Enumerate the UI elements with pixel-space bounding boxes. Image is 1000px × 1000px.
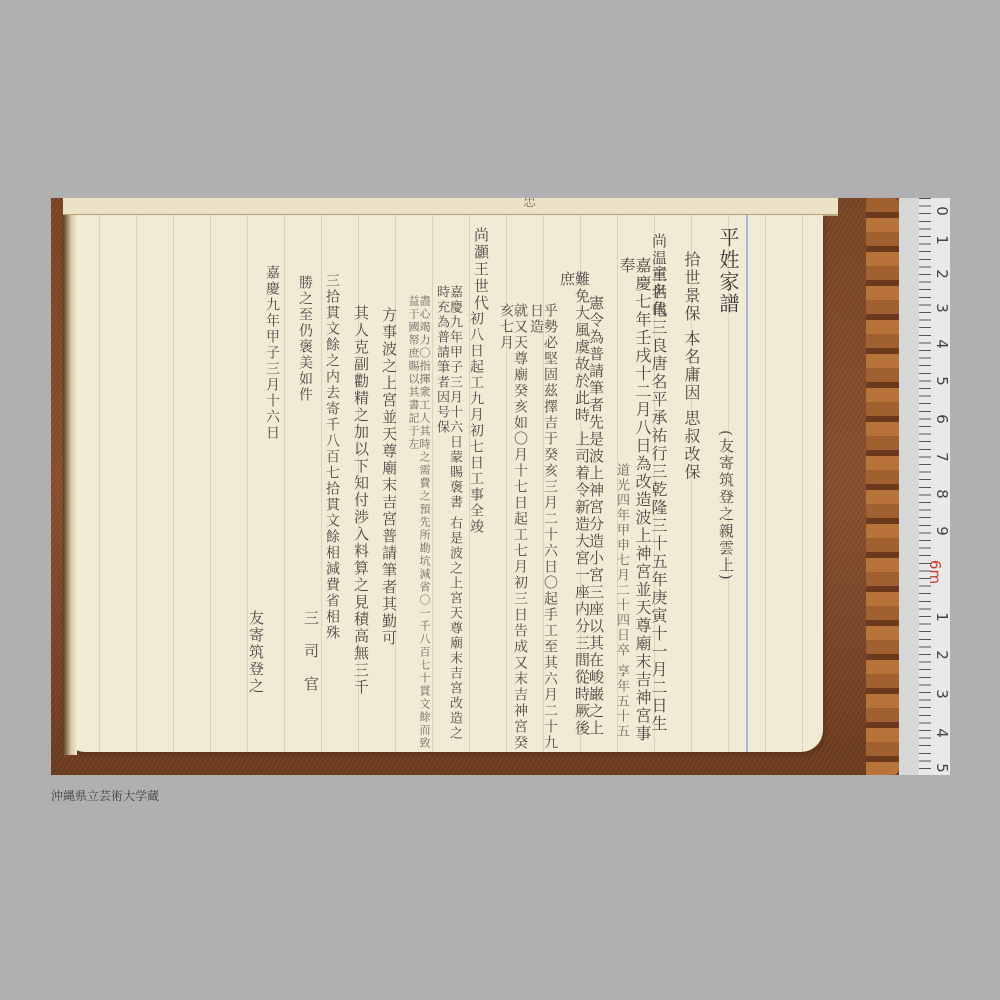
ruler-label: 6 <box>933 414 950 424</box>
text-column: 嘉慶七年壬戌十二月八日為改造波上神宮並天尊廟末吉神宮事奉 <box>618 257 650 752</box>
margin-line <box>746 215 748 752</box>
ruler-label: 0 <box>933 206 950 216</box>
measuring-ruler: 0 1 2 3 4 5 6 7 8 9 6m 1 2 3 4 5 <box>919 198 950 775</box>
collection-caption: 沖縄県立芸術大学蔵 <box>51 787 159 804</box>
text-column: 難免大風虞故於此時 上司着令新造大宮一座内分三間從時厥後庶 <box>559 271 589 752</box>
ruler-label: 7 <box>933 452 950 462</box>
ruler-label: 1 <box>933 612 950 622</box>
text-column: 其人克副勸精之加以下知付渉入料算之見積高無三千 <box>353 305 368 696</box>
text-column: 拾世景保 本名庸因 思叔改保 <box>683 251 699 481</box>
date-line: 嘉慶九年甲子三月十六日 <box>265 265 279 441</box>
ruler-label-unit: 6m <box>926 560 944 584</box>
ruler-label: 9 <box>933 526 950 536</box>
ruler-label: 4 <box>933 728 950 738</box>
ruler-label: 8 <box>933 489 950 499</box>
signatory-office: 三司官 <box>303 610 318 709</box>
reign-heading: 尚温王世代 <box>651 233 666 318</box>
manuscript-page: 平姓家譜 拾世景保 本名庸因 思叔改保 童名亀三良唐名平承祐行三乾隆三十五年庚寅… <box>63 215 823 752</box>
text-column: 嘉慶九年甲子三月十六日蒙賜褒書 右是波之上宮天尊廟末吉宮改造之時充為普請筆者因号… <box>435 285 461 752</box>
laced-binding <box>866 198 899 775</box>
text-column: 三拾貫文餘之内去寄千八百七拾貫文餘相減費省相殊 <box>325 273 339 641</box>
page-top-edge: 忠 <box>63 198 838 216</box>
ruler-label: 3 <box>933 303 950 313</box>
text-column: 就又天尊廟癸亥如〇月十七日起工七月初三日告成又末吉神宮癸亥七月 <box>499 303 527 752</box>
document-photo: 忠 平姓家譜 拾世景保 本名庸因 思叔改保 童名亀三良唐名平承祐行三乾隆三十五年… <box>51 198 950 775</box>
background-strip <box>899 198 919 775</box>
text-column: 勝之至仍褒美如件 <box>298 275 312 403</box>
text-column: 乎勢必堅固茲擇吉于癸亥三月二十六日〇起手工至其六月二十九日造 <box>529 303 557 752</box>
ruler-label: 2 <box>933 650 950 660</box>
ruler-label: 4 <box>933 339 950 349</box>
signatory-name: 友寄筑登之 <box>248 610 263 695</box>
text-column: 童名亀三良唐名平承祐行三乾隆三十五年庚寅十一月二日生 <box>650 265 666 733</box>
side-note: (友寄筑登之親雲上) <box>718 430 733 582</box>
text-column: 初八日起工九月初七日工事全竣 <box>469 311 483 535</box>
text-column: 盡心竭力〇指揮衆工人其時之需費之預先所勘坑減省〇一千八百七十貫文餘而致益于國帑庶… <box>408 295 430 752</box>
document-title: 平姓家譜 <box>718 227 738 315</box>
ruler-label: 3 <box>933 689 950 699</box>
ruler-label: 2 <box>933 269 950 279</box>
ruler-label: 1 <box>933 235 950 245</box>
ruler-label: 5 <box>933 376 950 386</box>
header-note: 忠 <box>523 198 538 209</box>
reign-heading: 尚灝王世代 <box>473 227 488 312</box>
ruler-label: 5 <box>933 763 950 773</box>
page-edge <box>63 215 77 755</box>
text-column: 方事波之上宮並天尊廟末吉宮普請筆者其勤可 <box>381 307 396 647</box>
